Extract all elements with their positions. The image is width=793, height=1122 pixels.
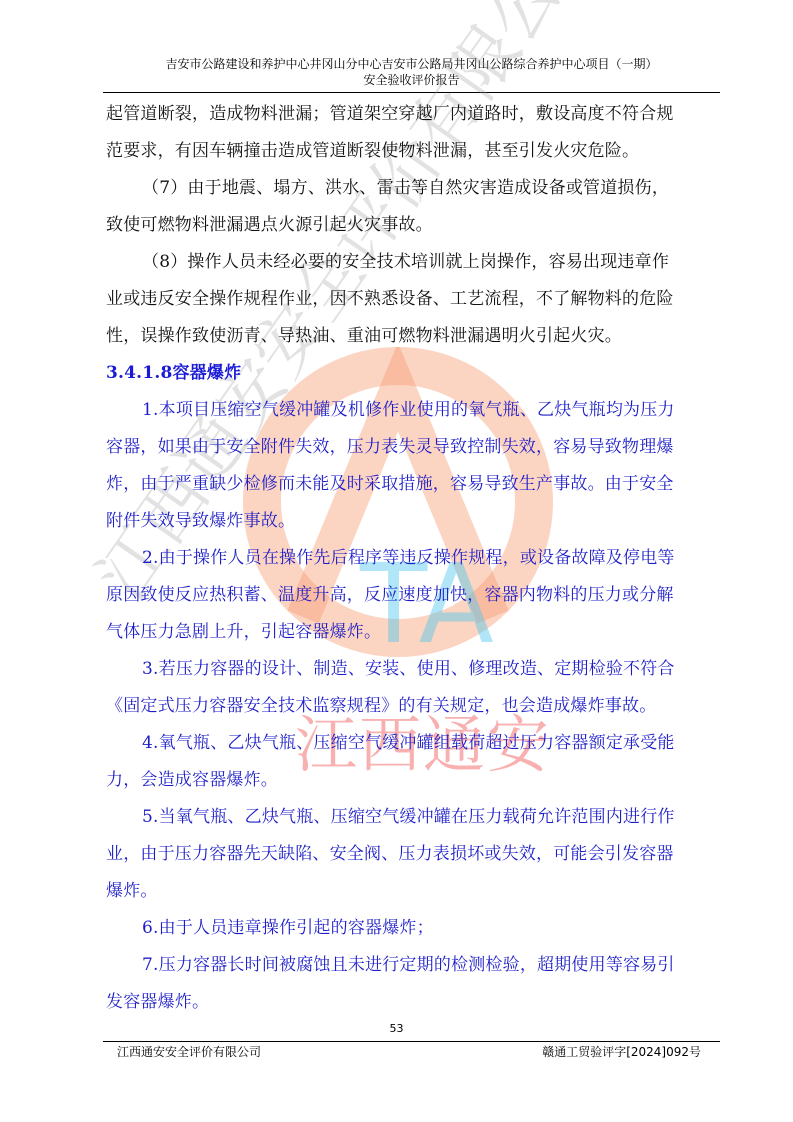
paragraph-line: 炸，由于严重缺少检修而未能及时采取措施，容易导致生产事故。由于安全 [106,466,718,503]
section-heading: 3.4.1.8容器爆炸 [106,355,718,392]
page-header: 吉安市公路建设和养护中心井冈山分中心吉安市公路局井冈山公路综合养护中心项目（一期… [103,56,720,88]
paragraph-line: 7.压力容器长时间被腐蚀且未进行定期的检测检验，超期使用等容易引 [106,947,718,984]
footer-doc-number: 赣通工贸验评字[2024]092号 [542,1043,701,1060]
header-report-title: 安全验收评价报告 [103,72,720,88]
paragraph-line: 气体压力急剧上升，引起容器爆炸。 [106,614,718,651]
paragraph-line: 4.氧气瓶、乙炔气瓶、压缩空气缓冲罐组载荷超过压力容器额定承受能 [106,725,718,762]
footer-divider [103,1041,720,1042]
header-divider [103,92,720,93]
paragraph-line: （8）操作人员未经必要的安全技术培训就上岗操作，容易出现违章作 [106,244,718,281]
paragraph-line: 爆炸。 [106,873,718,910]
paragraph-line: 5.当氧气瓶、乙炔气瓶、压缩空气缓冲罐在压力载荷允许范围内进行作 [106,799,718,836]
paragraph-line: 容器，如果由于安全附件失效，压力表失灵导致控制失效，容易导致物理爆 [106,429,718,466]
paragraph-line: 致使可燃物料泄漏遇点火源引起火灾事故。 [106,207,718,244]
paragraph-line: 原因致使反应热积蓄、温度升高，反应速度加快，容器内物料的压力或分解 [106,577,718,614]
paragraph-line: 业，由于压力容器先天缺陷、安全阀、压力表损坏或失效，可能会引发容器 [106,836,718,873]
paragraph-line: 3.若压力容器的设计、制造、安装、使用、修理改造、定期检验不符合 [106,651,718,688]
paragraph-line: 附件失效导致爆炸事故。 [106,503,718,540]
header-project-title: 吉安市公路建设和养护中心井冈山分中心吉安市公路局井冈山公路综合养护中心项目（一期… [103,56,720,72]
paragraph-line: 6.由于人员违章操作引起的容器爆炸； [106,910,718,947]
paragraph-line: 业或违反安全操作规程作业，因不熟悉设备、工艺流程，不了解物料的危险 [106,281,718,318]
paragraph-line: 1.本项目压缩空气缓冲罐及机修作业使用的氧气瓶、乙炔气瓶均为压力 [106,392,718,429]
paragraph-line: 《固定式压力容器安全技术监察规程》的有关规定，也会造成爆炸事故。 [106,688,718,725]
paragraph-line: 性，误操作致使沥青、导热油、重油可燃物料泄漏遇明火引起火灾。 [106,318,718,355]
footer-company: 江西通安安全评价有限公司 [117,1043,261,1060]
paragraph-line: 范要求，有因车辆撞击造成管道断裂使物料泄漏，甚至引发火灾危险。 [106,133,718,170]
paragraph-line: 2.由于操作人员在操作先后程序等违反操作规程，或设备故障及停电等 [106,540,718,577]
paragraph-line: 发容器爆炸。 [106,984,718,1021]
paragraph-line: （7）由于地震、塌方、洪水、雷击等自然灾害造成设备或管道损伤， [106,170,718,207]
page-number: 53 [0,1022,793,1035]
paragraph-line: 起管道断裂，造成物料泄漏；管道架空穿越厂内道路时，敷设高度不符合规 [106,96,718,133]
paragraph-line: 力，会造成容器爆炸。 [106,762,718,799]
document-body: 起管道断裂，造成物料泄漏；管道架空穿越厂内道路时，敷设高度不符合规 范要求，有因… [106,96,718,1021]
